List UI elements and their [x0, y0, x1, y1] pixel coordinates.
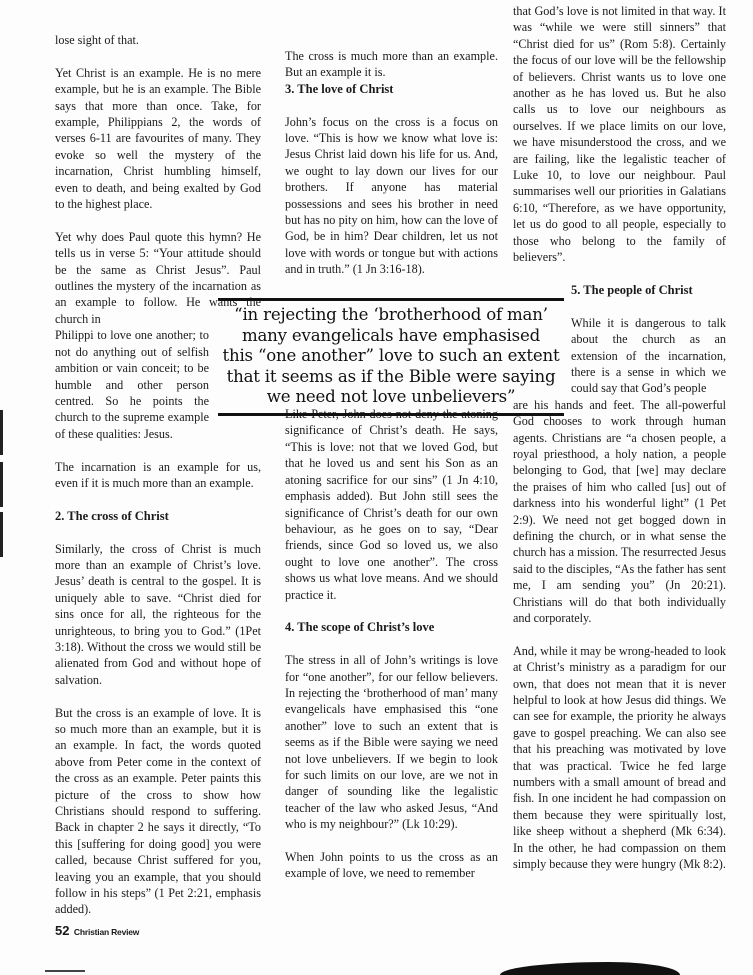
paragraph: John’s focus on the cross is a focus on …: [285, 114, 498, 278]
page-footer: 52 Christian Review: [55, 922, 139, 940]
section-heading: 3. The love of Christ: [285, 81, 498, 97]
pull-quote-line: many evangelicals have emphasised: [218, 326, 564, 347]
paragraph: And, while it may be wrong-headed to loo…: [513, 643, 726, 873]
paragraph: that God’s love is not limited in that w…: [513, 3, 726, 266]
paragraph: Similarly, the cross of Christ is much m…: [55, 541, 261, 689]
section-heading: 4. The scope of Christ’s love: [285, 619, 498, 635]
page-number: 52: [55, 923, 69, 938]
pull-quote: “in rejecting the ‘brotherhood of man’ m…: [218, 298, 564, 416]
paragraph: The stress in all of John’s writings is …: [285, 652, 498, 832]
pull-quote-line: this “one another” love to such an exten…: [218, 346, 564, 367]
paragraph: The incarnation is an example for us, ev…: [55, 459, 261, 492]
scan-edge-mark: [0, 462, 3, 507]
paragraph: lose sight of that.: [55, 32, 261, 48]
scan-edge-mark: [0, 512, 3, 557]
paragraph-wrapped: Philippi to love one another; to not do …: [55, 327, 209, 442]
scan-edge-mark: [0, 410, 3, 455]
pull-quote-line: we need not love unbelievers”: [218, 387, 564, 408]
paragraph: The cross is much more than an example. …: [285, 48, 498, 81]
section-heading: 5. The people of Christ: [571, 282, 726, 298]
scan-artifact: [500, 962, 680, 975]
column-2: The cross is much more than an example. …: [285, 48, 498, 898]
paragraph: are his hands and feet. The all-powerful…: [513, 397, 726, 627]
pull-quote-line: “in rejecting the ‘brotherhood of man’: [218, 305, 564, 326]
section-heading: 2. The cross of Christ: [55, 508, 261, 524]
paragraph-wrapped: While it is dangerous to talk about the …: [571, 315, 726, 397]
paragraph: Yet Christ is an example. He is no mere …: [55, 65, 261, 213]
paragraph: But the cross is an example of love. It …: [55, 705, 261, 918]
magazine-page: lose sight of that. Yet Christ is an exa…: [0, 0, 753, 975]
paragraph: When John points to us the cross as an e…: [285, 849, 498, 882]
pull-quote-line: that it seems as if the Bible were sayin…: [218, 367, 564, 388]
column-1: lose sight of that. Yet Christ is an exa…: [55, 32, 261, 934]
scan-artifact: [45, 970, 85, 972]
column-3: that God’s love is not limited in that w…: [513, 3, 726, 889]
paragraph: Like Peter, John does not deny the atoni…: [285, 406, 498, 603]
publication-name: Christian Review: [74, 927, 139, 937]
